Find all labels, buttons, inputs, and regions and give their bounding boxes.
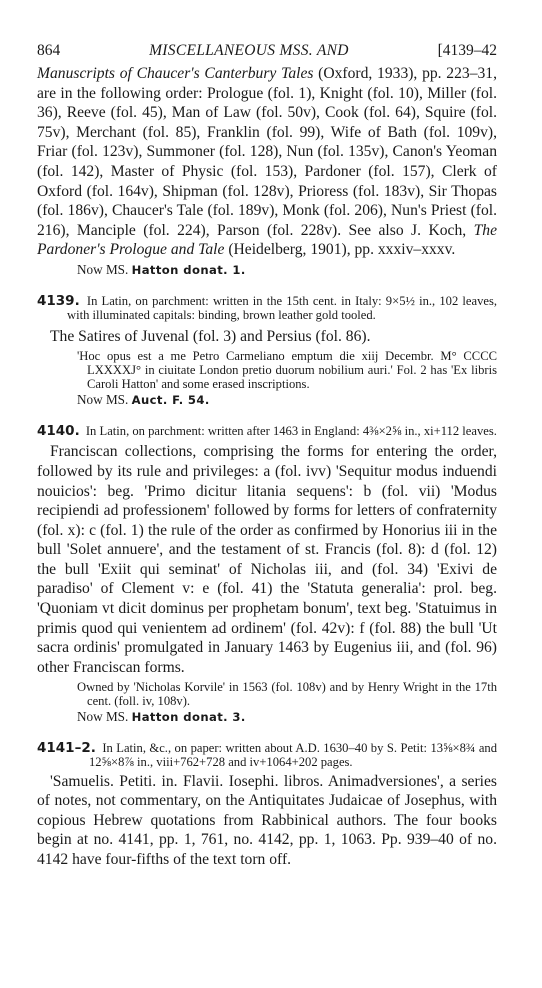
shelfmark: Auct. F. 54. xyxy=(132,393,210,407)
entry-body: The Satires of Juvenal (fol. 3) and Pers… xyxy=(37,327,497,347)
entry-4140: 4140. In Latin, on parchment: written af… xyxy=(37,425,497,726)
entry-description: 4141–2. In Latin, &c., on paper: written… xyxy=(37,742,497,770)
shelfmark-label: Now MS. xyxy=(77,392,132,407)
continuation-paragraph: Manuscripts of Chaucer's Canterbury Tale… xyxy=(37,64,497,260)
entry-range: [4139–42 xyxy=(438,42,497,60)
document-page: 864 MISCELLANEOUS MSS. AND [4139–42 Manu… xyxy=(37,42,497,870)
running-header: 864 MISCELLANEOUS MSS. AND [4139–42 xyxy=(37,42,497,64)
shelfmark: Hatton donat. 3. xyxy=(132,710,246,724)
shelfmark-line: Now MS. Hatton donat. 1. xyxy=(77,262,497,278)
shelfmark-line: Now MS. Auct. F. 54. xyxy=(77,392,497,408)
entry-4141-2: 4141–2. In Latin, &c., on paper: written… xyxy=(37,742,497,870)
entry-note: Owned by 'Nicholas Korvile' in 1563 (fol… xyxy=(77,681,497,709)
entry-number: 4140. xyxy=(37,423,80,439)
entry-body: 'Samuelis. Petiti. in. Flavii. Iosephi. … xyxy=(37,772,497,870)
entry-4139: 4139. In Latin, on parchment: written in… xyxy=(37,295,497,408)
entry-description: 4140. In Latin, on parchment: written af… xyxy=(37,425,497,439)
entry-description-text: In Latin, on parchment: written after 14… xyxy=(86,424,497,438)
shelfmark-label: Now MS. xyxy=(77,262,132,277)
reference-tail: (Heidelberg, 1901), pp. xxxiv–xxxv. xyxy=(224,241,455,258)
shelfmark-label: Now MS. xyxy=(77,709,132,724)
running-title: MISCELLANEOUS MSS. AND xyxy=(149,42,349,60)
entry-description-text: In Latin, on parchment: written in the 1… xyxy=(67,294,497,322)
continuation-text: (Oxford, 1933), pp. 223–31, are in the f… xyxy=(37,65,497,239)
entry-number: 4141–2. xyxy=(37,740,96,756)
entry-description: 4139. In Latin, on parchment: written in… xyxy=(37,295,497,323)
shelfmark-line: Now MS. Hatton donat. 3. xyxy=(77,709,497,725)
entry-number: 4139. xyxy=(37,293,80,309)
cited-work-title: Manuscripts of Chaucer's Canterbury Tale… xyxy=(37,65,313,82)
entry-body: Franciscan collections, comprising the f… xyxy=(37,442,497,677)
entry-note: 'Hoc opus est a me Petro Carmeliano empt… xyxy=(77,350,497,391)
shelfmark: Hatton donat. 1. xyxy=(132,263,246,277)
page-number: 864 xyxy=(37,42,60,60)
entry-description-text: In Latin, &c., on paper: written about A… xyxy=(89,741,497,769)
